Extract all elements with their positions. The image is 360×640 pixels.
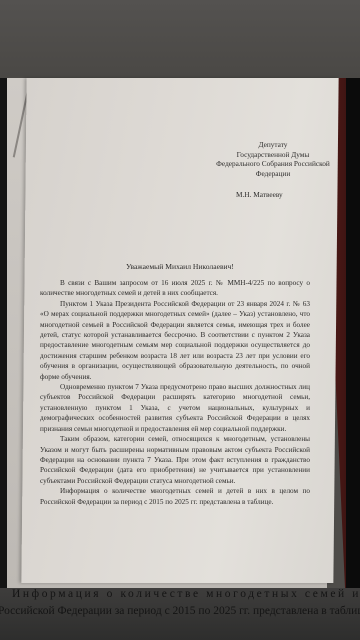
background-surface xyxy=(0,0,360,78)
addressee-line: Федерации xyxy=(188,169,358,179)
letter-body: В связи с Вашим запросом от 16 июля 2025… xyxy=(40,278,310,507)
underlying-line: Информация о количестве многодетных семе… xyxy=(0,588,360,603)
addressee-line: Депутату xyxy=(188,140,358,150)
recipient-name: М.Н. Матвееву xyxy=(236,190,283,199)
paragraph: Таким образом, категории семей, относящи… xyxy=(40,434,310,486)
paragraph: Одновременно пунктом 7 Указа предусмотре… xyxy=(40,382,310,434)
paragraph: Информация о количестве многодетных семе… xyxy=(40,486,310,507)
salutation: Уважаемый Михаил Николаевич! xyxy=(0,262,360,271)
photo-edge-left xyxy=(0,78,7,588)
addressee-block: Депутату Государственной Думы Федерально… xyxy=(188,140,358,178)
underlying-page-strip: Информация о количестве многодетных семе… xyxy=(0,588,360,640)
underlying-page-text: Информация о количестве многодетных семе… xyxy=(0,588,360,620)
paragraph: В связи с Вашим запросом от 16 июля 2025… xyxy=(40,278,310,299)
paragraph: Пунктом 1 Указа Президента Российской Фе… xyxy=(40,299,310,382)
underlying-line: Российской Федерации за период с 2015 по… xyxy=(0,603,360,620)
addressee-line: Государственной Думы xyxy=(188,150,358,160)
addressee-line: Федерального Собрания Российской xyxy=(188,159,358,169)
